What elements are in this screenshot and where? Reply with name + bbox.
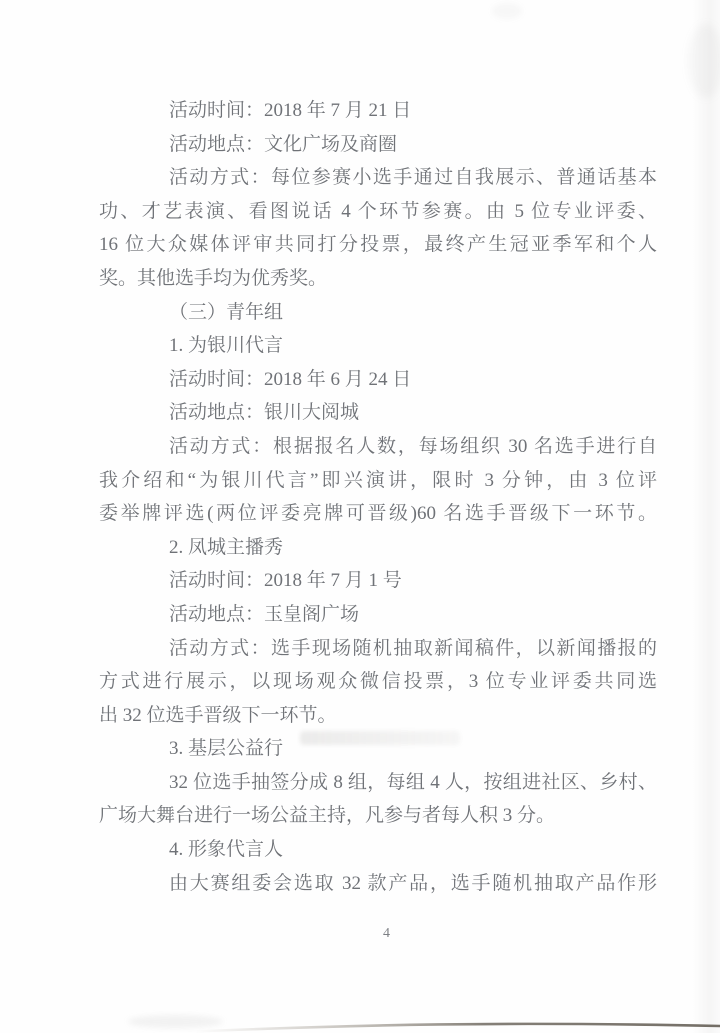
item-1-title: 1. 为银川代言 bbox=[99, 329, 657, 363]
item-2-title: 2. 凤城主播秀 bbox=[99, 531, 657, 565]
activity-method-continuation: 委举牌评选(两位评委亮牌可晋级)60 名选手晋级下一环节。 bbox=[99, 497, 657, 531]
activity-method-continuation: 功、才艺表演、看图说话 4 个环节参赛。由 5 位专业评委、 bbox=[99, 195, 657, 229]
scan-smudge bbox=[492, 3, 522, 19]
activity-method-continuation: 我介绍和“为银川代言”即兴演讲，限时 3 分钟，由 3 位评 bbox=[99, 464, 657, 498]
activity-method-continuation: 出 32 位选手晋级下一环节。 bbox=[99, 699, 657, 733]
scanned-document-page: 活动时间：2018 年 7 月 21 日 活动地点：文化广场及商圈 活动方式：每… bbox=[0, 0, 720, 1033]
item-4-description: 由大赛组委会选取 32 款产品，选手随机抽取产品作形 bbox=[99, 867, 657, 901]
section-heading-youth-group: （三）青年组 bbox=[99, 296, 657, 330]
activity-method-line: 活动方式：根据报名人数，每场组织 30 名选手进行自 bbox=[99, 430, 657, 464]
right-edge-scan-shade bbox=[692, 0, 720, 1033]
scan-smudge bbox=[688, 24, 720, 98]
activity-method-continuation: 奖。其他选手均为优秀奖。 bbox=[99, 262, 657, 296]
activity-place-line: 活动地点：玉皇阁广场 bbox=[99, 598, 657, 632]
activity-time-line: 活动时间：2018 年 7 月 21 日 bbox=[99, 94, 657, 128]
item-3-title: 3. 基层公益行 bbox=[99, 732, 657, 766]
activity-method-line: 活动方式：选手现场随机抽取新闻稿件，以新闻播报的 bbox=[99, 632, 657, 666]
activity-time-line: 活动时间：2018 年 6 月 24 日 bbox=[99, 363, 657, 397]
activity-method-continuation: 方式进行展示，以现场观众微信投票，3 位专业评委共同选 bbox=[99, 665, 657, 699]
page-number: 4 bbox=[383, 925, 390, 943]
activity-place-line: 活动地点：银川大阅城 bbox=[99, 396, 657, 430]
activity-method-line: 活动方式：每位参赛小选手通过自我展示、普通话基本 bbox=[99, 161, 657, 195]
activity-place-line: 活动地点：文化广场及商圈 bbox=[99, 128, 657, 162]
item-4-title: 4. 形象代言人 bbox=[99, 833, 657, 867]
activity-time-line: 活动时间：2018 年 7 月 1 号 bbox=[99, 564, 657, 598]
scan-smudge bbox=[128, 1015, 223, 1028]
activity-method-continuation: 16 位大众媒体评审共同打分投票，最终产生冠亚季军和个人 bbox=[99, 228, 657, 262]
item-3-description: 32 位选手抽签分成 8 组，每组 4 人，按组进社区、乡村、 bbox=[99, 766, 657, 800]
item-3-description-cont: 广场大舞台进行一场公益主持，凡参与者每人积 3 分。 bbox=[99, 799, 657, 833]
document-body: 活动时间：2018 年 7 月 21 日 活动地点：文化广场及商圈 活动方式：每… bbox=[99, 94, 657, 900]
page-bottom-edge-shadow bbox=[0, 1012, 720, 1033]
